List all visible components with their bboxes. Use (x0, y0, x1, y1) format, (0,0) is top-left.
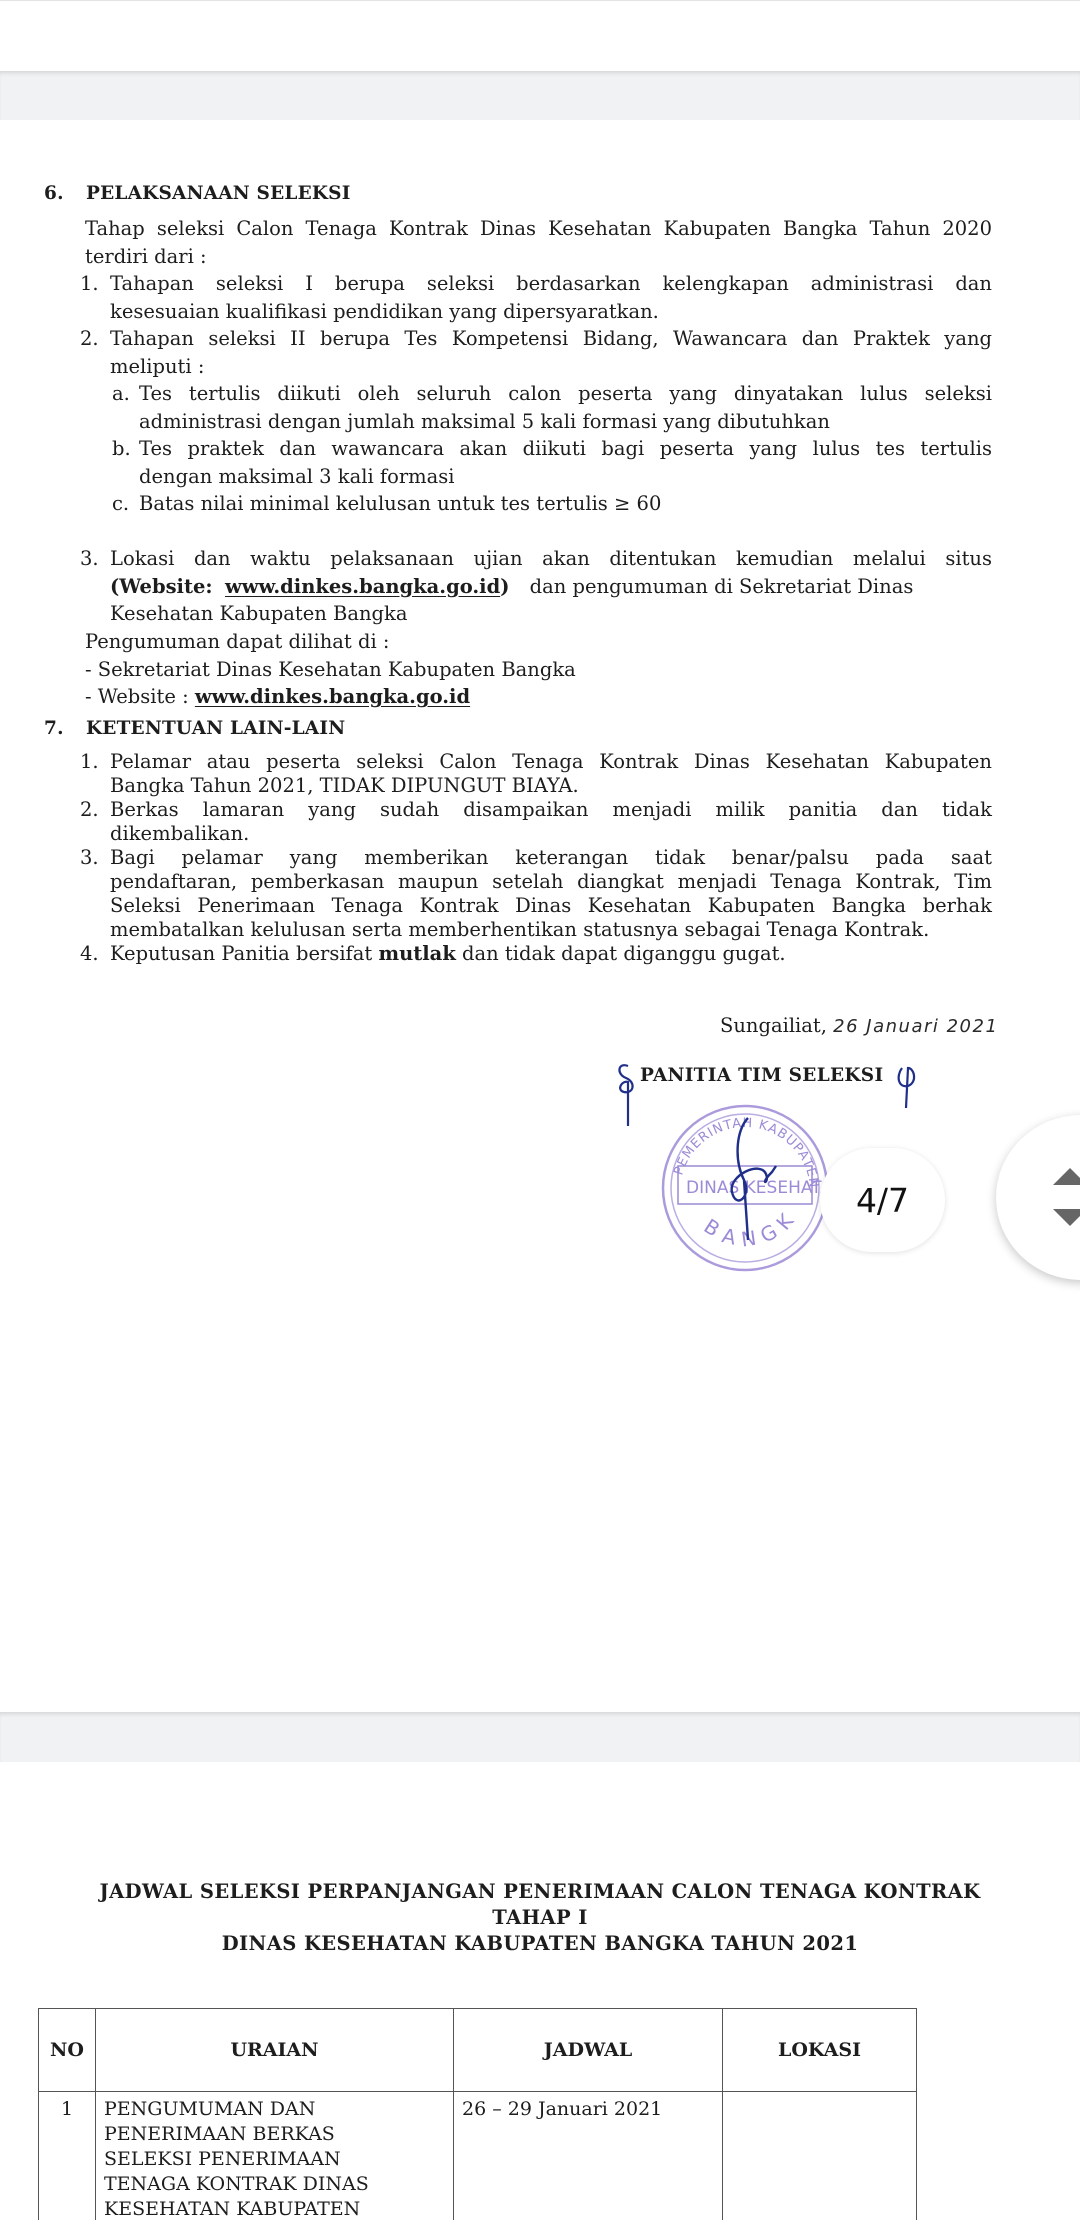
section-6-subitem-b: b. Tes praktek dan wawancara akan diikut… (112, 435, 992, 490)
pen-paraf-right-icon (894, 1062, 920, 1112)
section-6-item-2: 2. Tahapan seleksi II berupa Tes Kompete… (80, 325, 992, 380)
section-7-item-2: 2. Berkas lamaran yang sudah disampaikan… (80, 798, 992, 846)
committee-title: PANITIA TIM SELEKSI (640, 1062, 883, 1090)
section-6-item-1: 1. Tahapan seleksi I berupa seleksi berd… (80, 270, 992, 325)
section-7-item-4: 4. Keputusan Panitia bersifat mutlak dan… (80, 942, 992, 966)
page-separator (0, 71, 1080, 121)
official-stamp-icon: PEMERINTAH KABUPATEN DINAS KESEHATAN BAN… (648, 1100, 843, 1275)
page-indicator: 4/7 (820, 1148, 945, 1252)
section-6-intro: Tahap seleksi Calon Tenaga Kontrak Dinas… (85, 215, 992, 270)
scroll-up-icon (1053, 1168, 1080, 1185)
document-page-4: 6.PELAKSANAAN SELEKSI Tahap seleksi Calo… (0, 120, 1080, 1712)
section-7-heading: 7.KETENTUAN LAIN-LAIN (44, 715, 345, 743)
pen-paraf-left-icon (612, 1060, 642, 1130)
section-6-item-3: 3. Lokasi dan waktu pelaksanaan ujian ak… (80, 545, 992, 628)
schedule-table: NO URAIAN JADWAL LOKASI 1 PENGUMUMAN DAN… (38, 2008, 917, 2220)
col-header-lokasi: LOKASI (723, 2009, 917, 2092)
schedule-title-line-3: DINAS KESEHATAN KABUPATEN BANGKA TAHUN 2… (0, 1932, 1080, 1955)
section-6-heading: 6.PELAKSANAAN SELEKSI (44, 180, 351, 208)
section-7-item-1: 1. Pelamar atau peserta seleksi Calon Te… (80, 750, 992, 798)
schedule-title-line-2: TAHAP I (0, 1906, 1080, 1929)
section-6-subitem-a: a. Tes tertulis diikuti oleh seluruh cal… (112, 380, 992, 435)
handwritten-date: 26 Januari 2021 (833, 1016, 998, 1037)
col-header-uraian: URAIAN (96, 2009, 454, 2092)
place-date: Sungailiat, 26 Januari 2021 (720, 1012, 998, 1041)
scroll-down-icon (1053, 1209, 1080, 1226)
table-row: 1 PENGUMUMAN DAN PENERIMAAN BERKAS SELEK… (39, 2092, 917, 2220)
announcement-info: Pengumuman dapat dilihat di : - Sekretar… (85, 628, 992, 711)
section-6-subitem-c: c. Batas nilai minimal kelulusan untuk t… (112, 490, 992, 518)
page-separator (0, 1712, 1080, 1763)
section-7-item-3: 3. Bagi pelamar yang memberikan keterang… (80, 846, 992, 942)
schedule-title-line-1: JADWAL SELEKSI PERPANJANGAN PENERIMAAN C… (0, 1880, 1080, 1903)
website-link[interactable]: www.dinkes.bangka.go.id (225, 575, 500, 598)
website-link-2[interactable]: www.dinkes.bangka.go.id (195, 685, 470, 708)
previous-page-bottom (0, 0, 1080, 71)
col-header-jadwal: JADWAL (454, 2009, 723, 2092)
col-header-no: NO (39, 2009, 96, 2092)
